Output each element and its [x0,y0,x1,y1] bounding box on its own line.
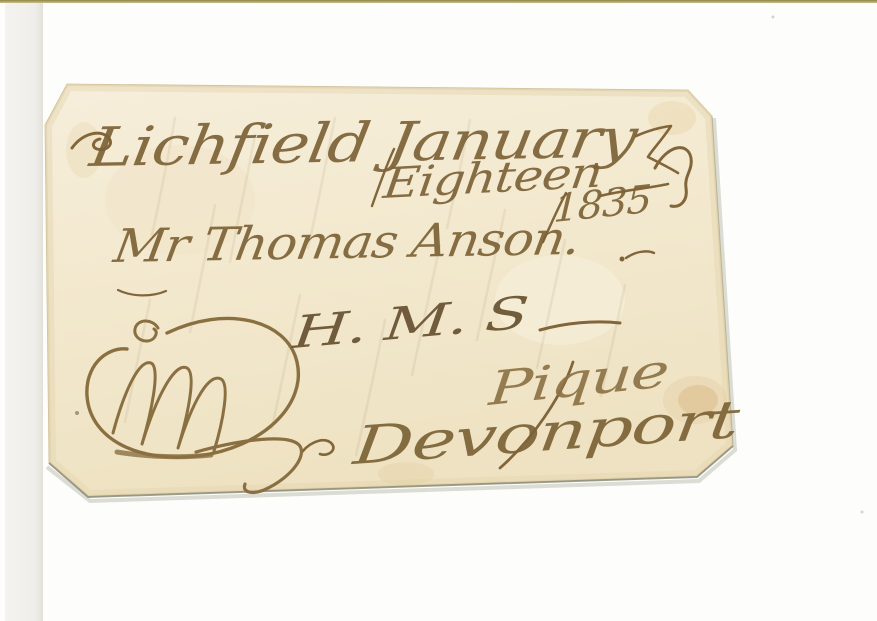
pen-dot [620,257,625,262]
document-scan-art: Lichfield January Eighteen 1835 Mr Thoma… [0,0,877,621]
text-addressee: Mr Thomas Anson. [109,211,584,273]
scanned-document: Lichfield January Eighteen 1835 Mr Thoma… [0,0,877,621]
